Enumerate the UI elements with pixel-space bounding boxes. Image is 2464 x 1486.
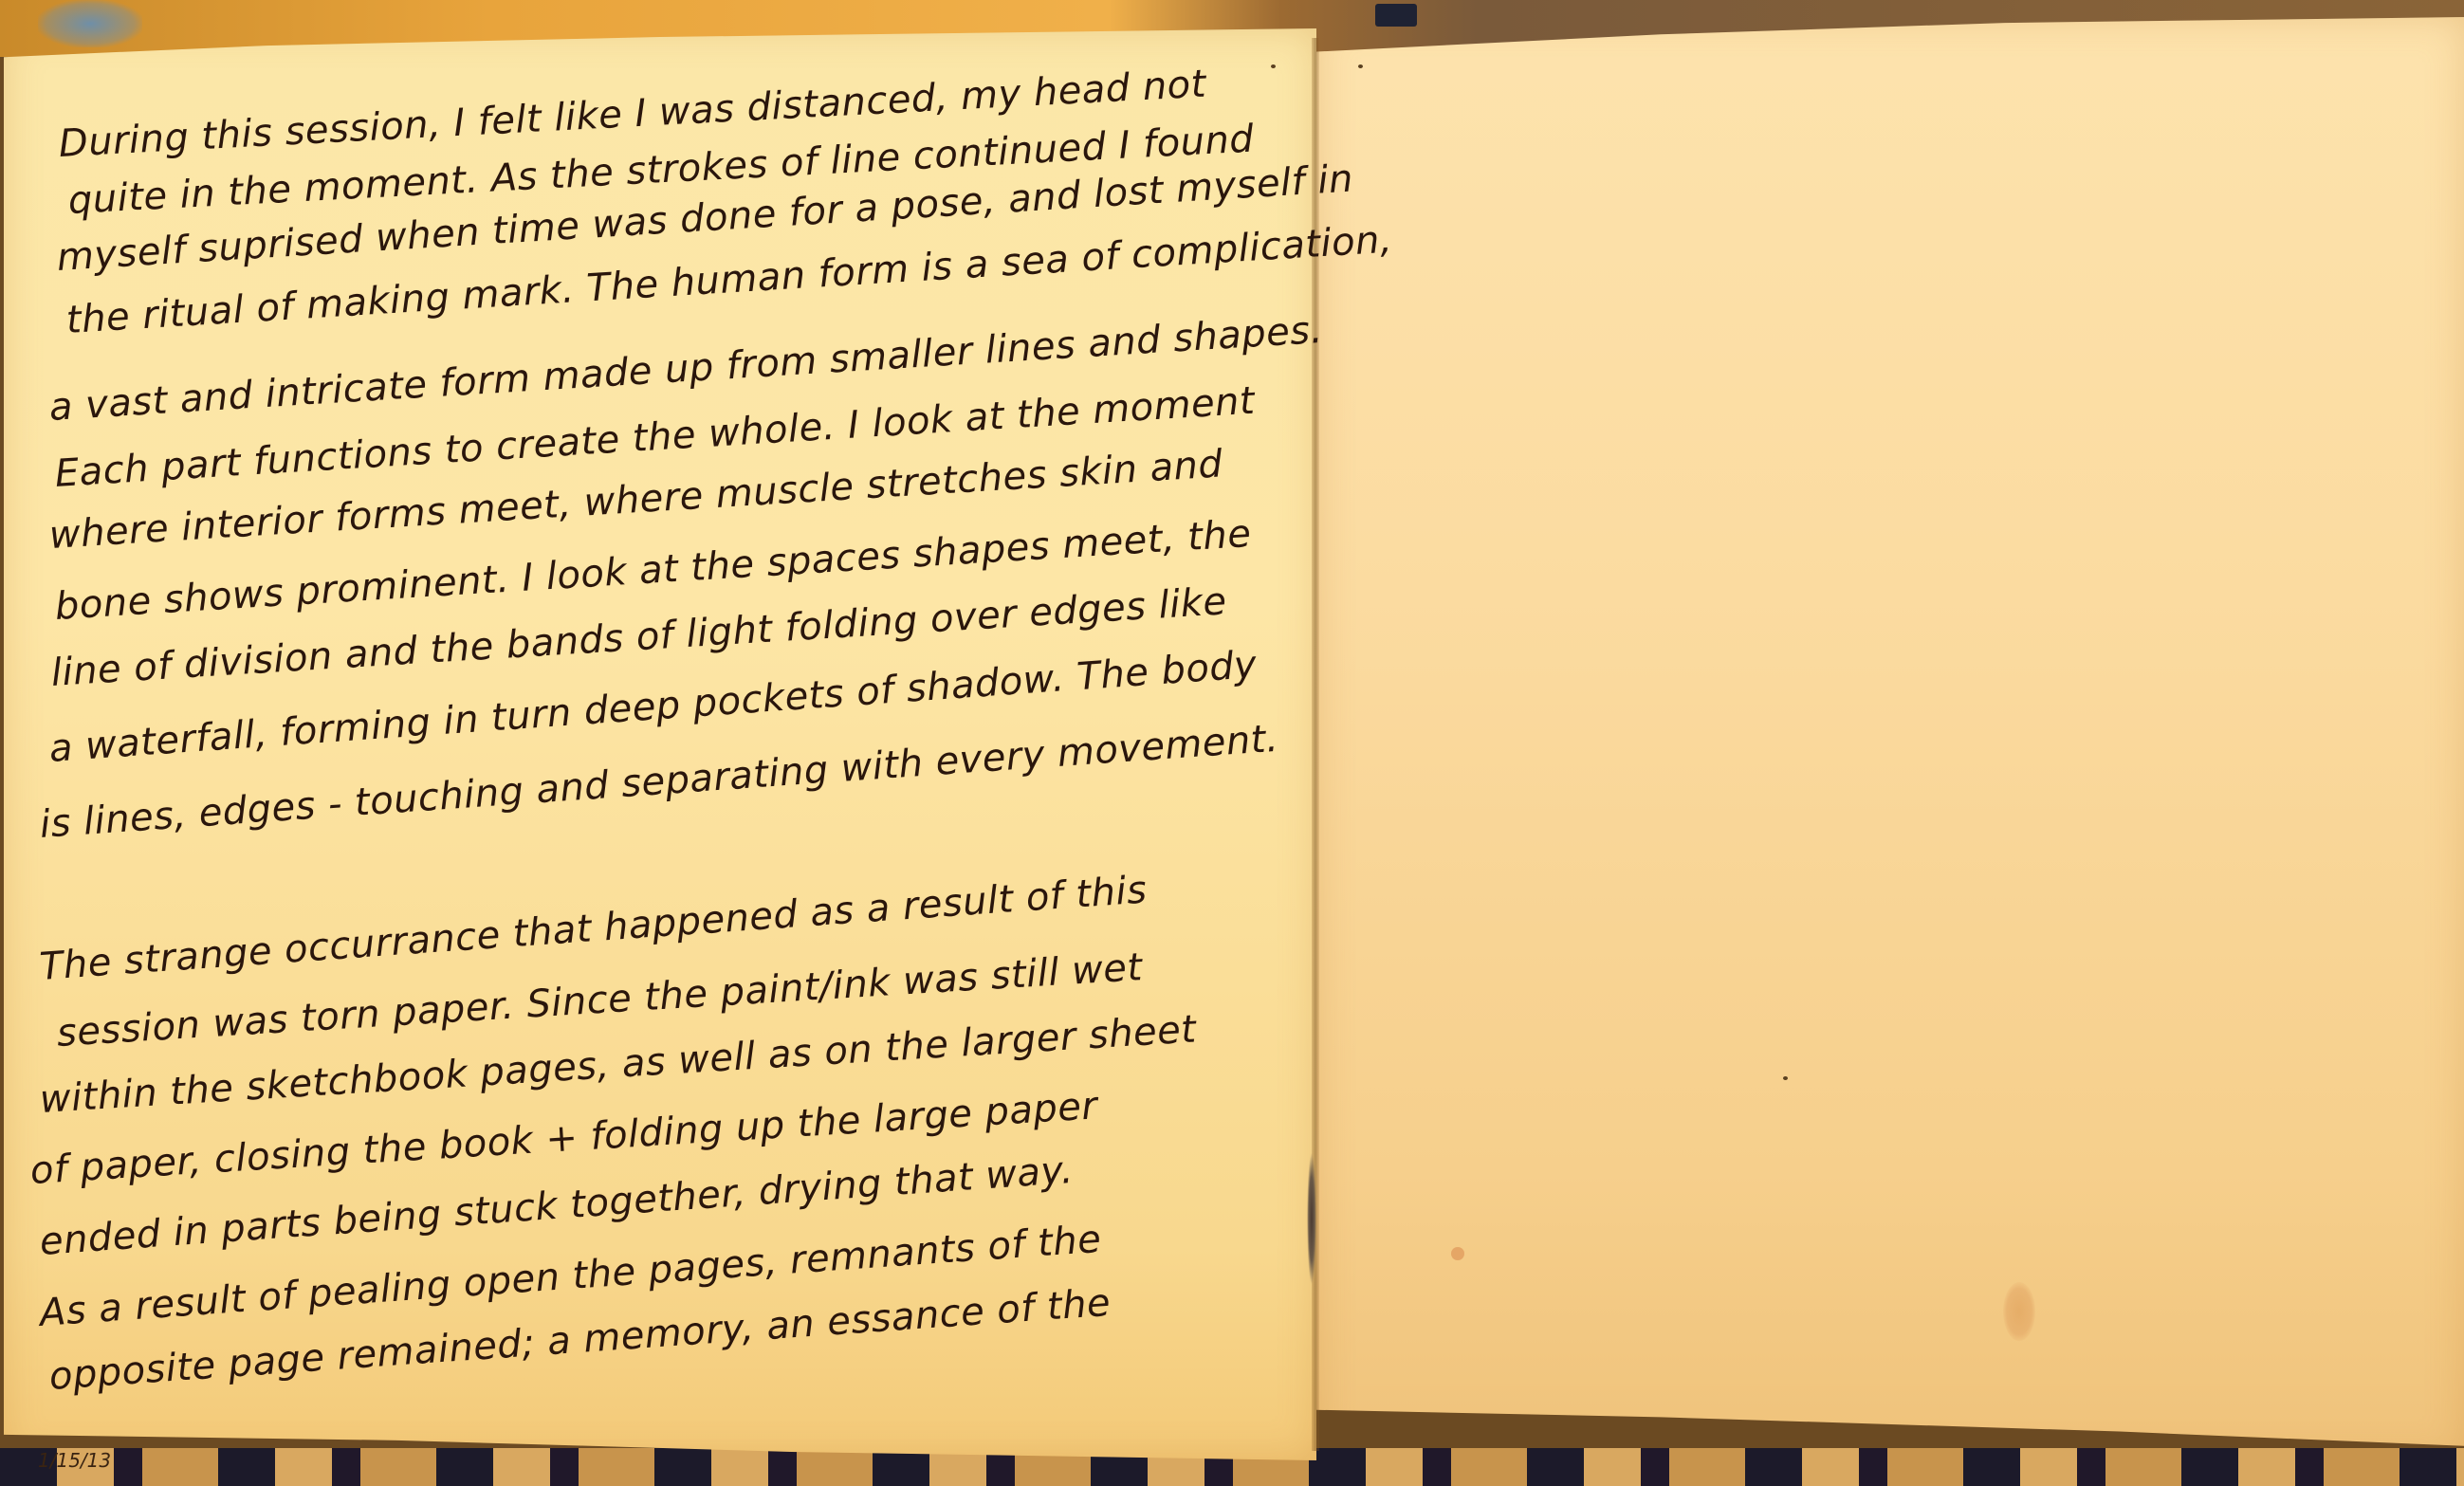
entry-date: 1/15/13: [38, 1449, 111, 1472]
ink-speck: [1358, 64, 1363, 68]
right-page-blank: [1316, 17, 2464, 1460]
paint-stain: [2003, 1282, 2035, 1341]
binder-clip: [1375, 4, 1417, 27]
small-stain: [1451, 1247, 1464, 1260]
ink-speck: [1783, 1076, 1788, 1080]
handwritten-text-continued: [0, 0, 1318, 1486]
